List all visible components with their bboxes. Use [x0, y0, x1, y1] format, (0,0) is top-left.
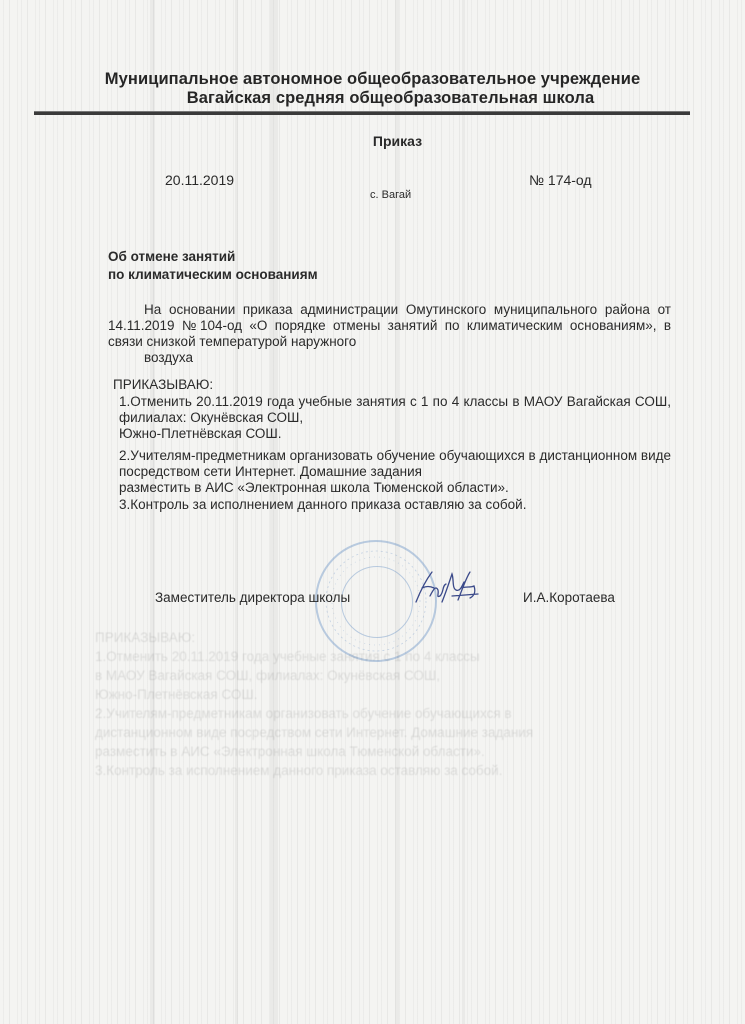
order-word: ПРИКАЗЫВАЮ:: [113, 377, 213, 392]
ghost-line: 3.Контроль за исполнением данного приказ…: [95, 763, 685, 779]
document-page: Муниципальное автономное общеобразовател…: [0, 0, 745, 1024]
order-items: 1.Отменить 20.11.2019 года учебные занят…: [119, 394, 671, 519]
document-number: № 174-од: [529, 172, 592, 188]
order-item-text: 1.Отменить 20.11.2019 года учебные занят…: [119, 394, 671, 425]
document-subject: Об отмене занятий по климатическим основ…: [108, 248, 318, 284]
order-item-1: 1.Отменить 20.11.2019 года учебные занят…: [119, 394, 671, 442]
organization-line-2: Вагайская средняя общеобразовательная шк…: [0, 89, 745, 108]
preamble-main: На основании приказа администрации Омути…: [108, 302, 671, 349]
document-date: 20.11.2019: [165, 172, 234, 188]
document-title: Приказ: [0, 133, 745, 149]
show-through-ghost-text: ПРИКАЗЫВАЮ: 1.Отменить 20.11.2019 года у…: [95, 630, 685, 850]
ghost-line: в МАОУ Вагайская СОШ, филиалах: Окунёвск…: [95, 668, 685, 684]
organization-line-1: Муниципальное автономное общеобразовател…: [105, 70, 640, 88]
organization-header: Муниципальное автономное общеобразовател…: [0, 70, 745, 108]
preamble-paragraph: На основании приказа администрации Омути…: [108, 302, 671, 366]
document-place: с. Вагай: [370, 189, 411, 201]
signatory-role: Заместитель директора школы: [155, 590, 350, 605]
subject-line-1: Об отмене занятий: [108, 248, 318, 266]
preamble-last-line: воздуха: [108, 350, 671, 366]
stamp-inner-circle: [341, 566, 413, 638]
ghost-line: разместить в АИС «Электронная школа Тюме…: [95, 744, 685, 760]
ghost-line: Южно-Плетнёвская СОШ.: [95, 687, 685, 703]
signature-icon: [412, 566, 482, 610]
signatory-name: И.А.Коротаева: [523, 590, 615, 605]
order-item-last-line: Южно-Плетнёвская СОШ.: [119, 426, 671, 442]
order-item-2: 2.Учителям-предметникам организовать обу…: [119, 448, 671, 496]
ghost-line: 2.Учителям-предметникам организовать обу…: [95, 706, 685, 722]
subject-line-2: по климатическим основаниям: [108, 266, 318, 284]
header-separator: [34, 111, 690, 115]
order-item-text: 2.Учителям-предметникам организовать обу…: [119, 448, 671, 479]
order-item-3: 3.Контроль за исполнением данного приказ…: [119, 497, 671, 513]
ghost-line: дистанционном виде посредством сети Инте…: [95, 725, 685, 741]
order-item-last-line: разместить в АИС «Электронная школа Тюме…: [119, 480, 671, 496]
order-item-last-line: 3.Контроль за исполнением данного приказ…: [119, 497, 671, 513]
